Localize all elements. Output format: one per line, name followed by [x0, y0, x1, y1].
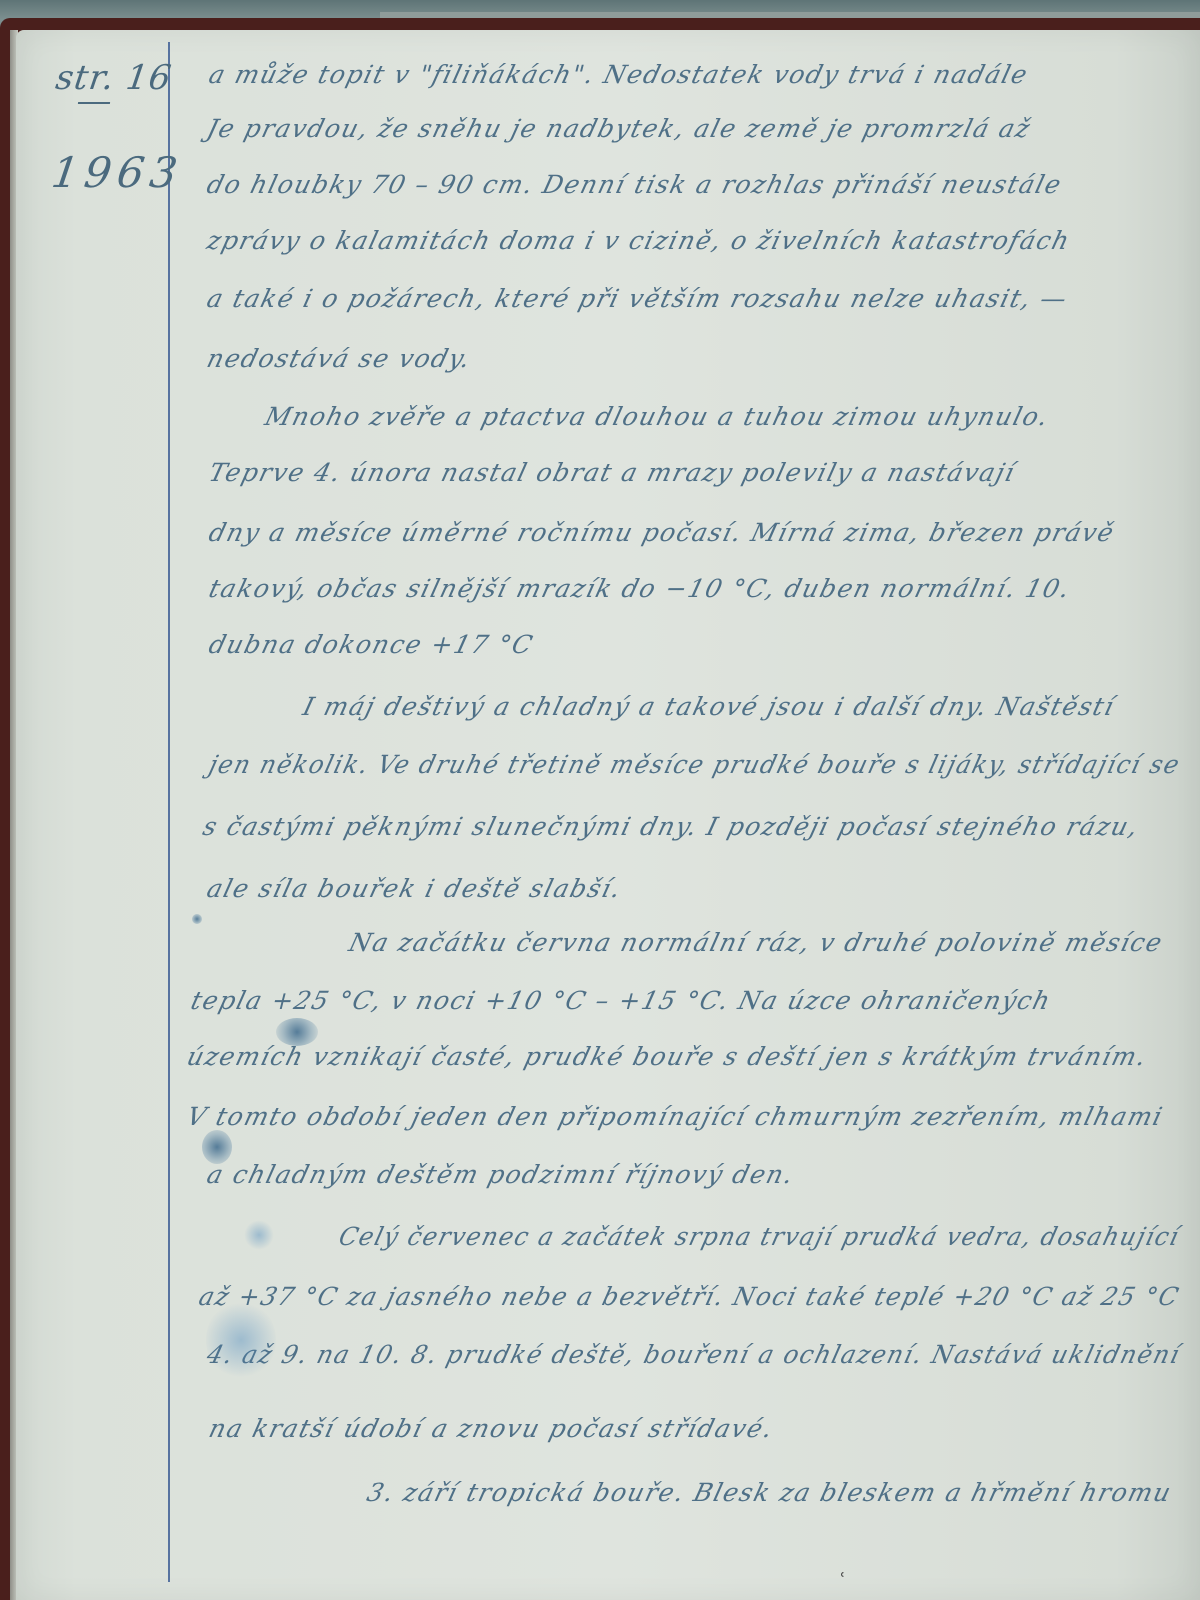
text-line: 4. až 9. na 10. 8. prudké deště, bouření…	[204, 1340, 1184, 1369]
text-line: až +37 °C za jasného nebe a bezvětří. No…	[196, 1282, 1183, 1311]
chronicle-page: str. 16 1963 a může topit v "filiňákách"…	[16, 30, 1200, 1600]
text-line: na kratší údobí a znovu počasí střídavé.	[206, 1414, 777, 1443]
text-line: Celý červenec a začátek srpna trvají pru…	[336, 1222, 1183, 1251]
text-line: Na začátku června normální ráz, v druhé …	[346, 928, 1166, 957]
text-line: tepla +25 °C, v noci +10 °C – +15 °C. Na…	[188, 986, 1054, 1015]
margin-year: 1963	[49, 148, 187, 197]
text-line: dubna dokonce +17 °C	[206, 630, 537, 659]
text-line: a také i o požárech, které při větším ro…	[204, 284, 1071, 313]
ink-blot	[276, 1018, 318, 1046]
text-line: Mnoho zvěře a ptactva dlouhou a tuhou zi…	[262, 402, 1052, 431]
text-line: dny a měsíce úměrné ročnímu počasí. Mírn…	[206, 518, 1118, 547]
text-line: takový, občas silnější mrazík do −10 °C,…	[206, 574, 1074, 603]
margin-rule	[168, 42, 170, 1582]
ink-smudge	[244, 1220, 274, 1250]
stray-mark: ʿ	[840, 1570, 846, 1591]
scanned-page: str. 16 1963 a může topit v "filiňákách"…	[0, 0, 1200, 1600]
text-line: ale síla bouřek i deště slabší.	[204, 874, 625, 903]
text-line: Je pravdou, že sněhu je nadbytek, ale ze…	[204, 114, 1034, 143]
text-line: 3. září tropická bouře. Blesk za bleskem…	[364, 1478, 1175, 1507]
text-line: nedostává se vody.	[204, 344, 474, 373]
text-line: s častými pěknými slunečnými dny. I pozd…	[200, 812, 1142, 841]
text-line: do hloubky 70 – 90 cm. Denní tisk a rozh…	[204, 170, 1065, 199]
ink-smudge	[206, 1300, 276, 1380]
text-line: a chladným deštěm podzimní říjnový den.	[204, 1160, 797, 1189]
margin-separator	[78, 102, 110, 104]
text-line: územích vznikají časté, prudké bouře s d…	[184, 1042, 1150, 1071]
text-line: I máj deštivý a chladný a takové jsou i …	[300, 692, 1118, 721]
text-line: zprávy o kalamitách doma i v cizině, o ž…	[204, 226, 1074, 255]
ink-blot	[192, 914, 202, 924]
ink-blot	[202, 1130, 232, 1164]
text-line: Teprve 4. února nastal obrat a mrazy pol…	[206, 458, 1019, 487]
text-line: V tomto období jeden den připomínající c…	[184, 1102, 1167, 1131]
text-line: jen několik. Ve druhé třetině měsíce pru…	[206, 750, 1184, 779]
page-number-label: str. 16	[53, 58, 174, 98]
text-line: a může topit v "filiňákách". Nedostatek …	[206, 60, 1032, 89]
